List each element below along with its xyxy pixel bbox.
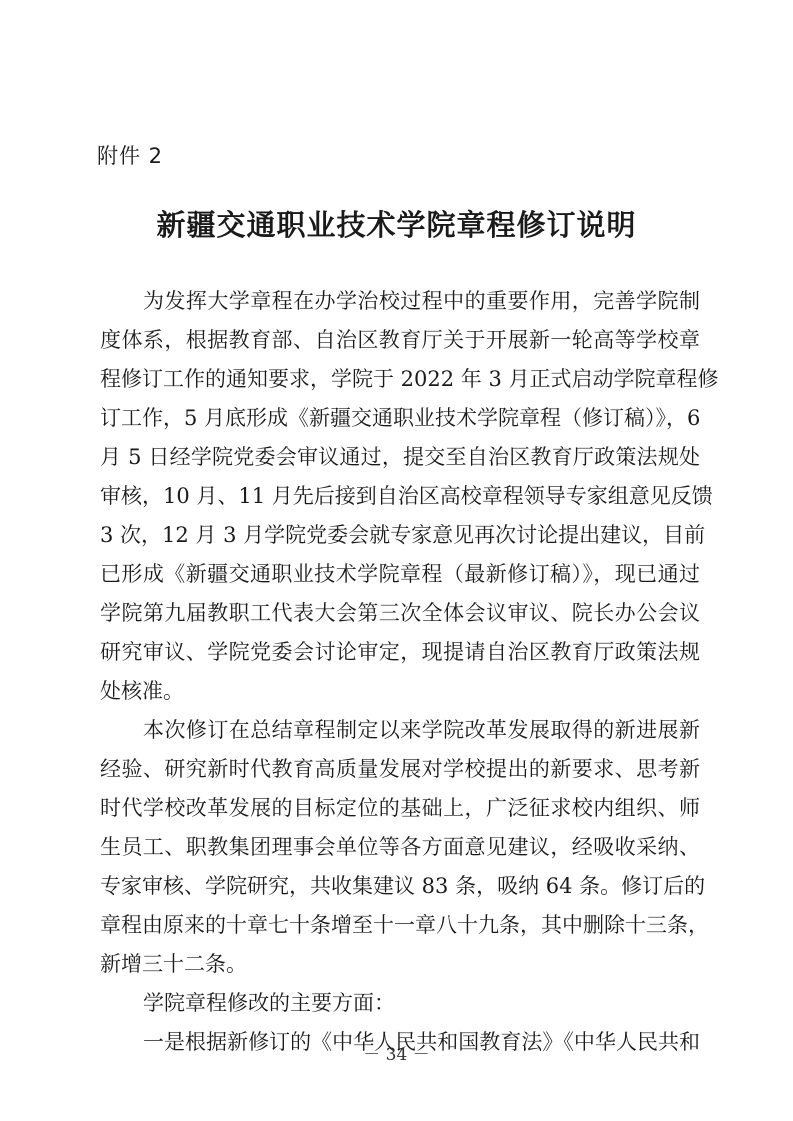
text-line: 章程由原来的十章七十条增至十一章八十九条，其中删除十三条， [100,910,700,940]
text-line: 审核，10 月、11 月先后接到自治区高校章程领导专家组意见反馈 [100,481,700,511]
document-title: 新疆交通职业技术学院章程修订说明 [0,203,793,244]
text-line: 为发挥大学章程在办学治校过程中的重要作用，完善学院制 [143,286,700,316]
attachment-label: 附件 2 [97,140,163,170]
text-line: 订工作，5 月底形成《新疆交通职业技术学院章程（修订稿）》，6 [100,403,700,433]
text-line: 学院章程修改的主要方面： [143,988,700,1018]
text-line: 专家审核、学院研究，共收集建议 83 条，吸纳 64 条。修订后的 [100,871,700,901]
text-line: 度体系，根据教育部、自治区教育厅关于开展新一轮高等学校章 [100,325,700,355]
text-line: 研究审议、学院党委会讨论审定，现提请自治区教育厅政策法规 [100,637,700,667]
text-line: 时代学校改革发展的目标定位的基础上，广泛征求校内组织、师 [100,793,700,823]
text-line: 生员工、职教集团理事会单位等各方面意见建议，经吸收采纳、 [100,832,700,862]
text-line: 新增三十二条。 [100,949,700,979]
page-number: － 34 － [0,1040,793,1065]
text-line: 3 次，12 月 3 月学院党委会就专家意见再次讨论提出建议，目前 [100,520,700,550]
text-line: 本次修订在总结章程制定以来学院改革发展取得的新进展新 [143,715,700,745]
text-line: 程修订工作的通知要求，学院于 2022 年 3 月正式启动学院章程修 [100,364,700,394]
text-line: 学院第九届教职工代表大会第三次全体会议审议、院长办公会议 [100,598,700,628]
text-line: 经验、研究新时代教育高质量发展对学校提出的新要求、思考新 [100,754,700,784]
text-line: 处核准。 [100,676,700,706]
text-line: 月 5 日经学院党委会审议通过，提交至自治区教育厅政策法规处 [100,442,700,472]
text-line: 已形成《新疆交通职业技术学院章程（最新修订稿）》，现已通过 [100,559,700,589]
